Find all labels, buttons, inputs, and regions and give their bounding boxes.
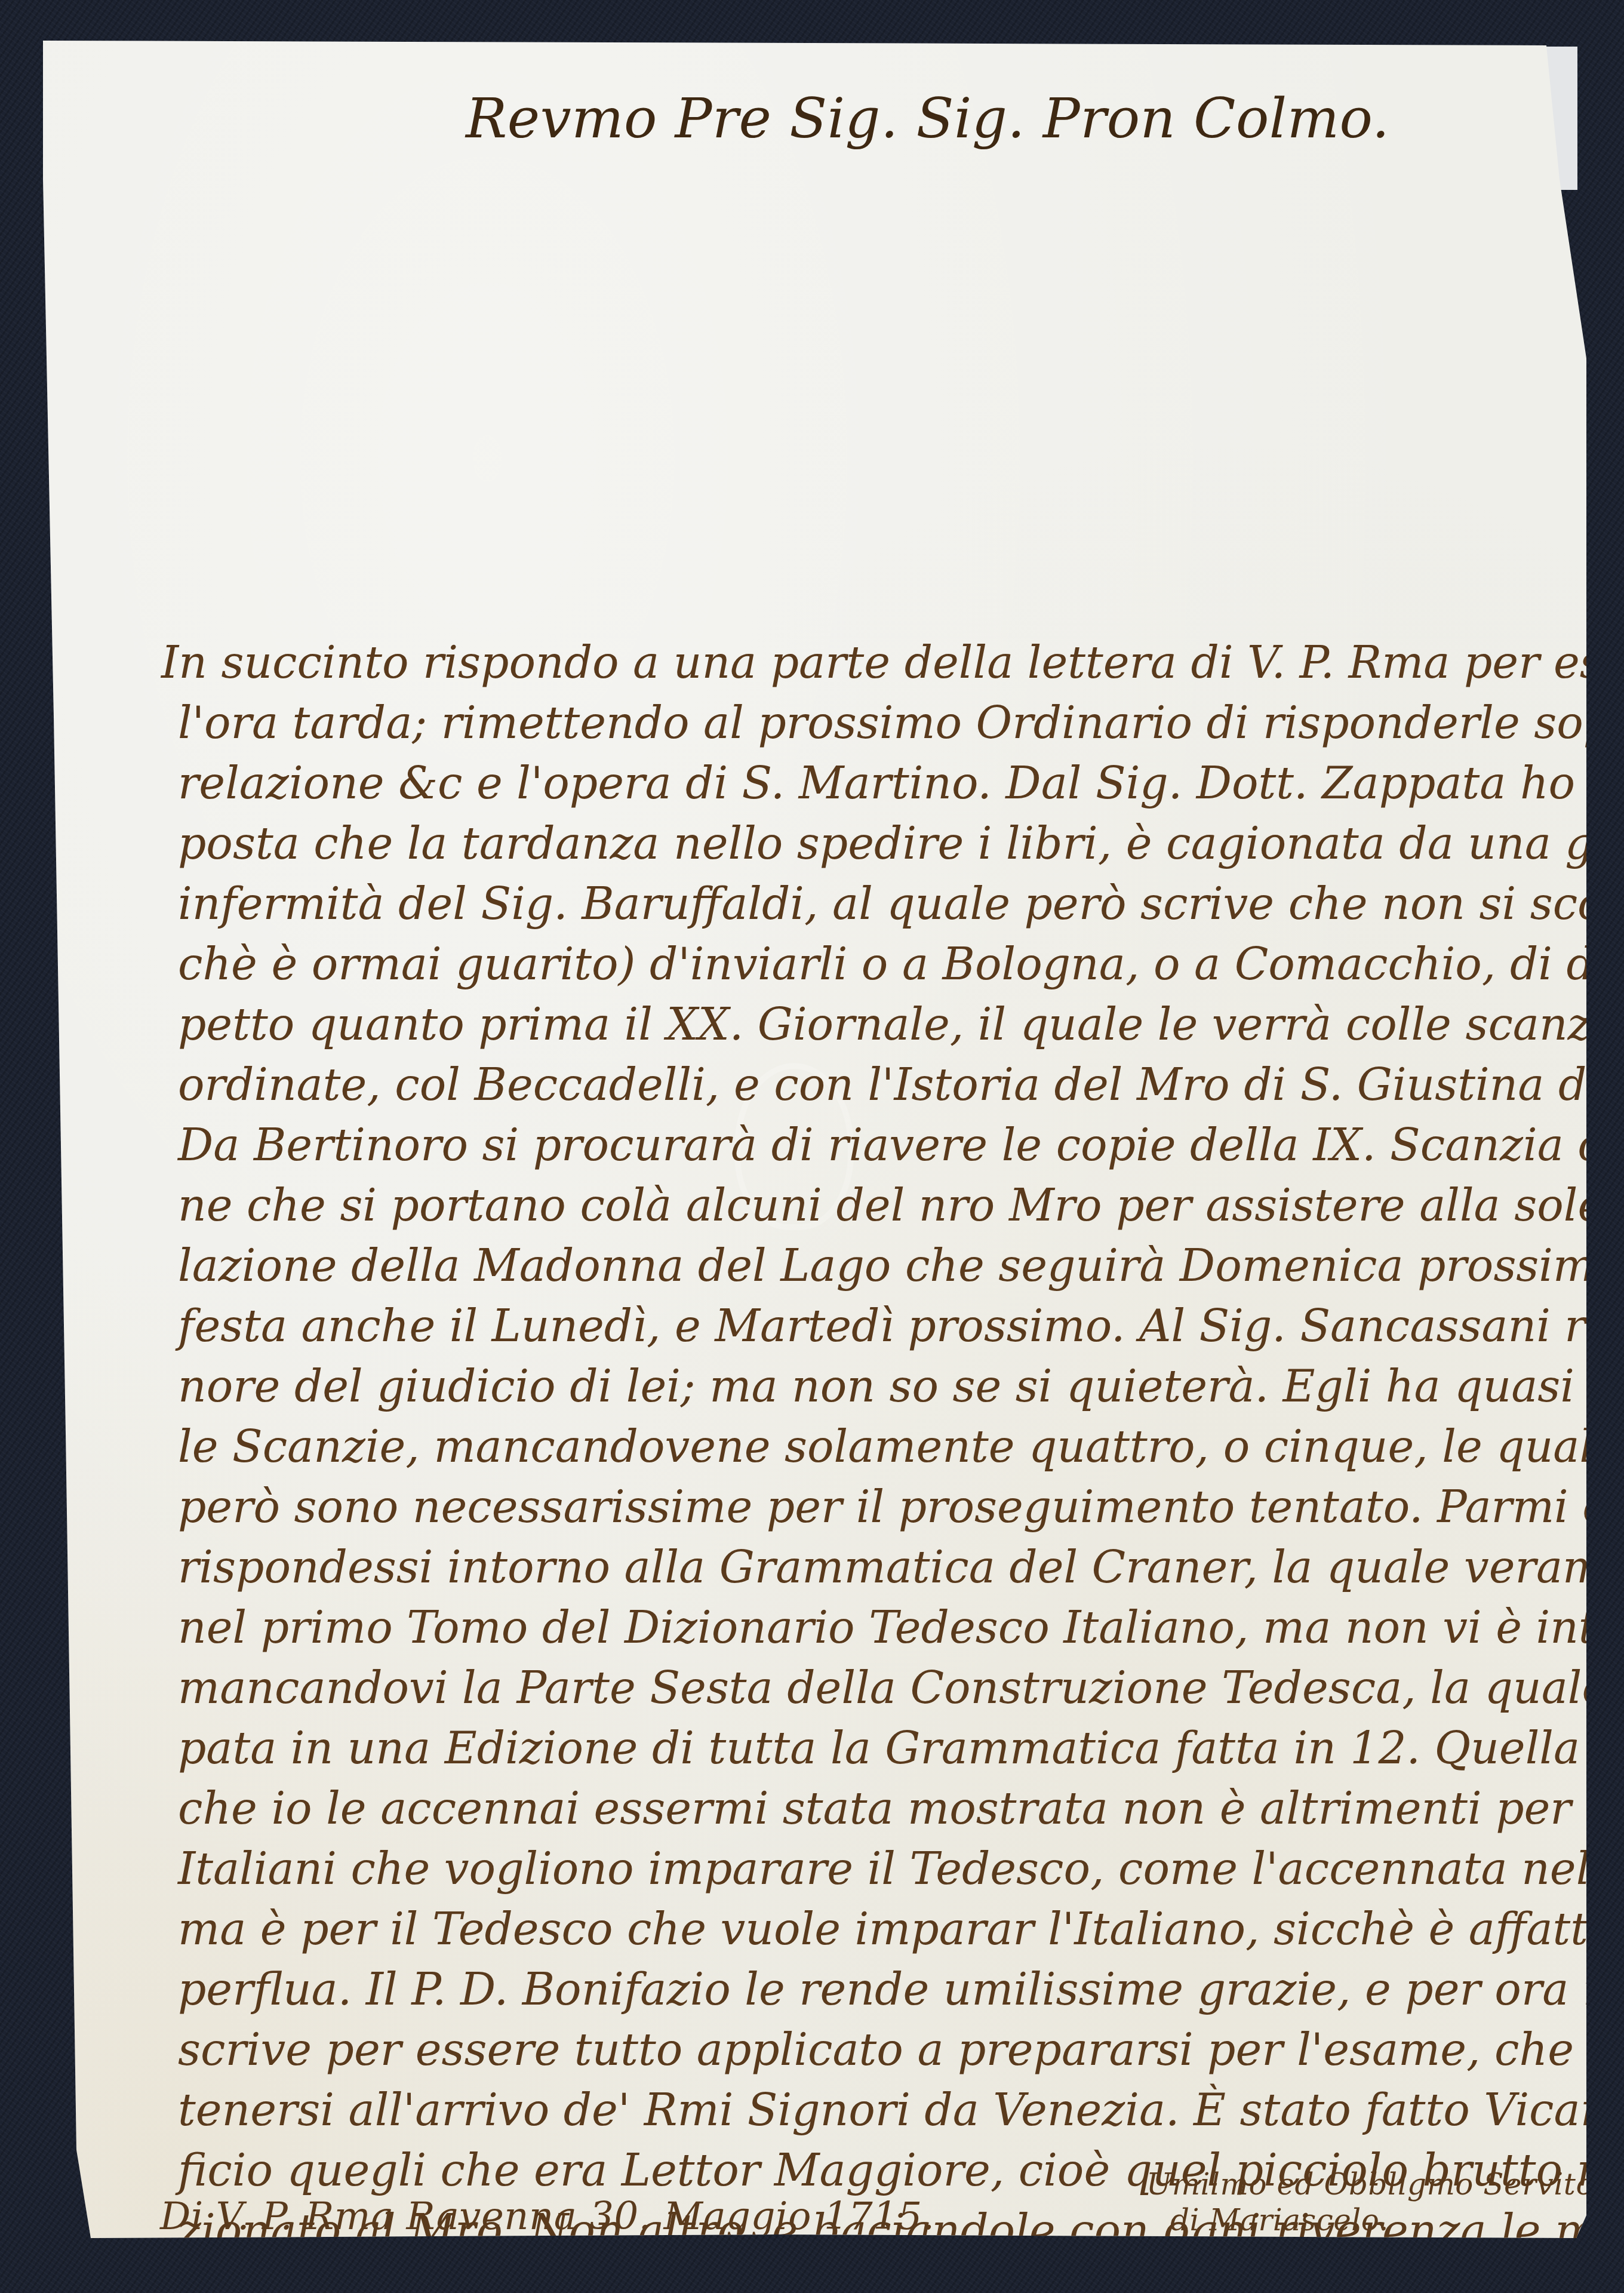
signature-line: Umilmo ed Obbligmo Servitore, Sig. Guido [1146,2166,1624,2202]
body-line: infermità del Sig. Baruffaldi, al quale … [161,874,1582,935]
body-line: che io le accennai essermi stata mostrat… [161,1779,1582,1839]
body-line: perflua. Il P. D. Bonifazio le rende umi… [161,1960,1582,2020]
letter-page: Revmo Pre Sig. Sig. Pron Colmo. In succi… [0,0,1624,2293]
body-line: le Scanzie, mancandovene solamente quatt… [161,1417,1582,1477]
body-line: petto quanto prima il XX. Giornale, il q… [161,995,1582,1055]
body-line: lazione della Madonna del Lago che segui… [161,1236,1582,1296]
body-line: In succinto rispondo a una parte della l… [161,633,1582,693]
salutation: Revmo Pre Sig. Sig. Pron Colmo. [466,87,1390,150]
body-line: Da Bertinoro si procurarà di riavere le … [161,1115,1582,1176]
letter-body: In succinto rispondo a una parte della l… [161,633,1582,2261]
body-line: mancandovi la Parte Sesta della Construz… [161,1658,1582,1719]
body-line: però sono necessarissime per il prosegui… [161,1477,1582,1538]
body-line: l'ora tarda; rimettendo al prossimo Ordi… [161,693,1582,754]
body-line: nel primo Tomo del Dizionario Tedesco It… [161,1598,1582,1658]
body-line: Italiani che vogliono imparare il Tedesc… [161,1839,1582,1899]
place-date-line: Di V. P. Rma Ravenna 30. Maggio 1715. [160,2194,935,2239]
body-line: ma è per il Tedesco che vuole imparar l'… [161,1899,1582,1960]
body-line: nore del giudicio di lei; ma non so se s… [161,1357,1582,1417]
body-line: chè è ormai guarito) d'inviarli o a Bolo… [161,935,1582,995]
body-line: relazione &c e l'opera di S. Martino. Da… [161,754,1582,814]
body-line: festa anche il Lunedì, e Martedì prossim… [161,1296,1582,1357]
body-line: posta che la tardanza nello spedire i li… [161,814,1582,874]
body-line: ne che si portano colà alcuni del nro Mr… [161,1176,1582,1236]
signature-name: di Mariascelo. [1146,2202,1624,2238]
body-line: rispondessi intorno alla Grammatica del … [161,1538,1582,1598]
signature-block: Umilmo ed Obbligmo Servitore, Sig. Guido… [1146,2166,1624,2238]
body-line: pata in una Edizione di tutta la Grammat… [161,1719,1582,1779]
body-line: scrive per essere tutto applicato a prep… [161,2020,1582,2080]
body-line: tenersi all'arrivo de' Rmi Signori da Ve… [161,2080,1582,2141]
body-line: ordinate, col Beccadelli, e con l'Istori… [161,1055,1582,1115]
